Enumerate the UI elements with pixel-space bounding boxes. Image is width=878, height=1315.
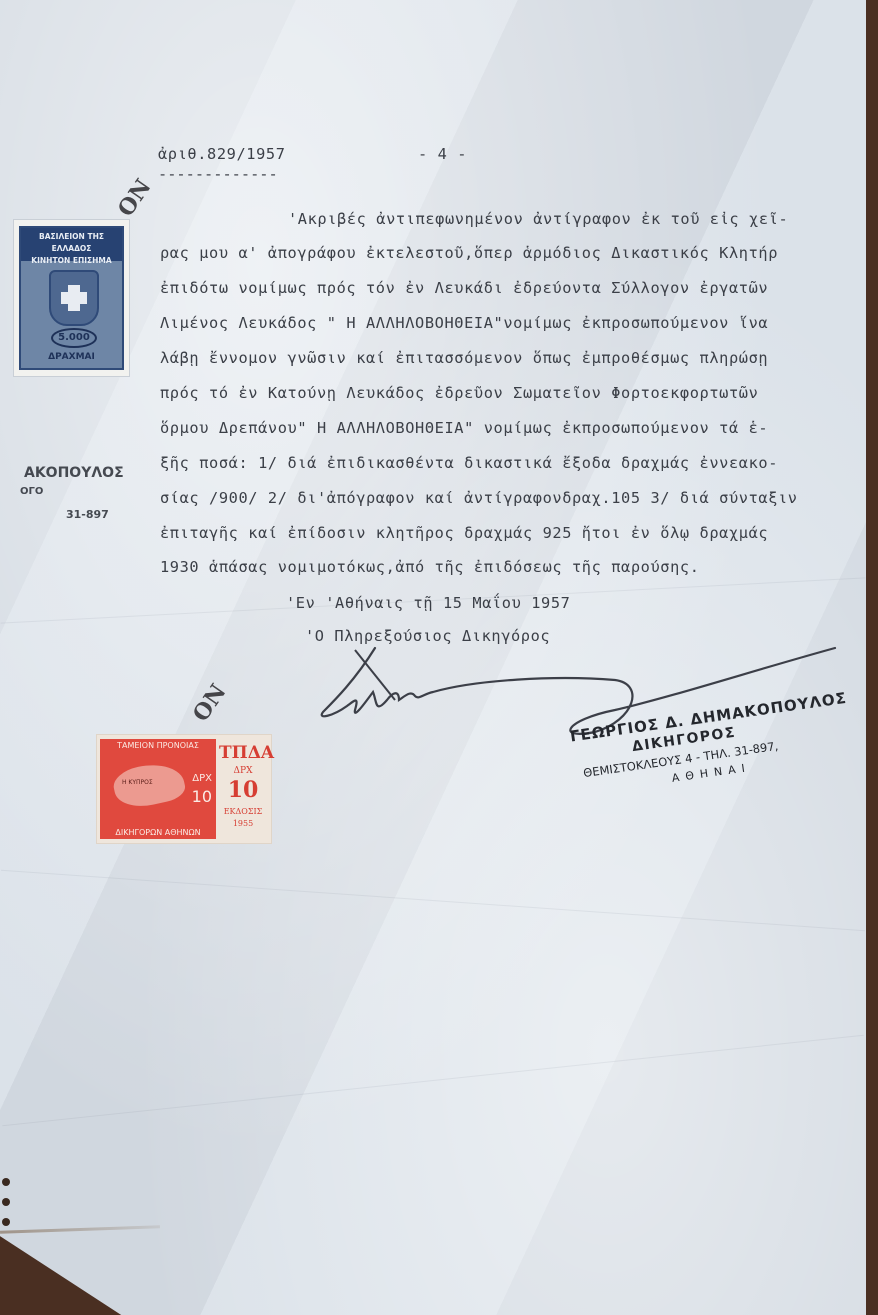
margin-stamp-name: ΑΚΟΠΟΥΛΟΣ [24, 465, 124, 481]
tpida-stamp: ΤΑΜΕΙΟΝ ΠΡΟΝΟΙΑΣ Η ΚΥΠΡΟΣ ΔΡΧ 10 ΔΙΚΗΓΟΡ… [97, 735, 271, 843]
body-line: Λιμένος Λευκάδος " Η ΑΛΛΗΛΟΒΟΗΘΕΙΑ"νομίμ… [160, 314, 768, 332]
tpida-stamp-right-panel: ΤΠΔΑ ΔΡΧ 10 ΕΚΔΟΣΙΣ 1955 [219, 739, 267, 839]
revenue-stamp-kingdom: ΒΑΣΙΛΕΙΟΝ ΤΗΣ ΕΛΛΑΔΟΣ [39, 232, 104, 253]
coat-of-arms-icon [49, 270, 99, 326]
tpida-stamp-left-panel: ΤΑΜΕΙΟΝ ΠΡΟΝΟΙΑΣ Η ΚΥΠΡΟΣ ΔΡΧ 10 ΔΙΚΗΓΟΡ… [100, 739, 216, 839]
body-line: σίας /900/ 2/ δι'ἀπόγραφον καί ἀντίγραφο… [160, 489, 798, 507]
paper-crease [2, 1035, 863, 1127]
header-separator: ------------- [158, 165, 278, 183]
tpida-top-text: ΤΑΜΕΙΟΝ ΠΡΟΝΟΙΑΣ [100, 741, 216, 750]
cross-icon-bar [61, 292, 87, 304]
body-line: λάβῃ ἔννομον γνῶσιν καί ἐπιτασσόμενον ὅπ… [160, 349, 768, 367]
tpida-brand: ΤΠΔΑ [219, 743, 267, 763]
left-currency: ΔΡΧ [192, 773, 212, 784]
tpida-bottom-text: ΔΙΚΗΓΟΡΩΝ ΑΘΗΝΩΝ [100, 828, 216, 837]
tpida-value: 10 [219, 777, 267, 803]
body-line: ρας μου α' ἀπογράφου ἐκτελεστοῦ,ὅπερ ἁρμ… [160, 244, 778, 262]
page-number: - 4 - [418, 145, 467, 163]
paper-crease [1, 870, 865, 931]
revenue-stamp-value: 5.000 [51, 328, 97, 348]
tpida-currency: ΔΡΧ [219, 766, 267, 776]
revenue-stamp: ΒΑΣΙΛΕΙΟΝ ΤΗΣ ΕΛΛΑΔΟΣ ΚΙΝΗΤΟΝ ΕΠΙΣΗΜΑ 5.… [14, 220, 129, 376]
map-label: Η ΚΥΠΡΟΣ [122, 779, 153, 786]
body-line: ἐπιταγῆς καί ἐπίδοσιν κλητῆρος δραχμάς 9… [160, 524, 768, 542]
margin-stamp-title: ΟΓΟ [20, 486, 43, 497]
binding-hole [2, 1178, 10, 1186]
body-line: πρός τό ἐν Κατούνῃ Λευκάδος ἐδρεῦον Σωμα… [160, 384, 758, 402]
reference-number: ἀριθ.829/1957 [158, 145, 286, 163]
tpida-issue-year: 1955 [219, 819, 267, 828]
binding-hole [2, 1218, 10, 1226]
body-line: ξῆς ποσά: 1/ διά ἐπιδικασθέντα δικαστικά… [160, 454, 778, 472]
body-line: ὅρμου Δρεπάνου" Η ΑΛΛΗΛΟΒΟΗΘΕΙΑ" νομίμως… [160, 419, 768, 437]
date-line: 'Εν 'Αθήναις τῇ 15 Μαΐου 1957 [286, 594, 570, 612]
revenue-stamp-currency: ΔΡΑΧΜΑΙ [21, 352, 122, 362]
body-line: 'Ακριβές ἀντιπεφωνημένον ἀντίγραφον ἐκ τ… [288, 210, 788, 228]
body-line: ἐπιδότω νομίμως πρός τόν ἐν Λευκάδι ἐδρε… [160, 279, 768, 297]
tpida-issue-label: ΕΚΔΟΣΙΣ [219, 807, 267, 816]
revenue-stamp-header: ΒΑΣΙΛΕΙΟΝ ΤΗΣ ΕΛΛΑΔΟΣ ΚΙΝΗΤΟΝ ΕΠΙΣΗΜΑ [21, 228, 122, 261]
partial-lawyer-stamp: ΑΚΟΠΟΥΛΟΣ ΟΓΟ 31-897 [8, 460, 128, 530]
revenue-stamp-type: ΚΙΝΗΤΟΝ ΕΠΙΣΗΜΑ [31, 256, 111, 265]
left-value: 10 [192, 787, 212, 806]
binding-hole [2, 1198, 10, 1206]
body-line: 1930 ἁπάσας νομιμοτόκως,ἀπό τῆς ἐπιδόσεω… [160, 558, 700, 576]
margin-stamp-phone: 31-897 [66, 508, 109, 521]
